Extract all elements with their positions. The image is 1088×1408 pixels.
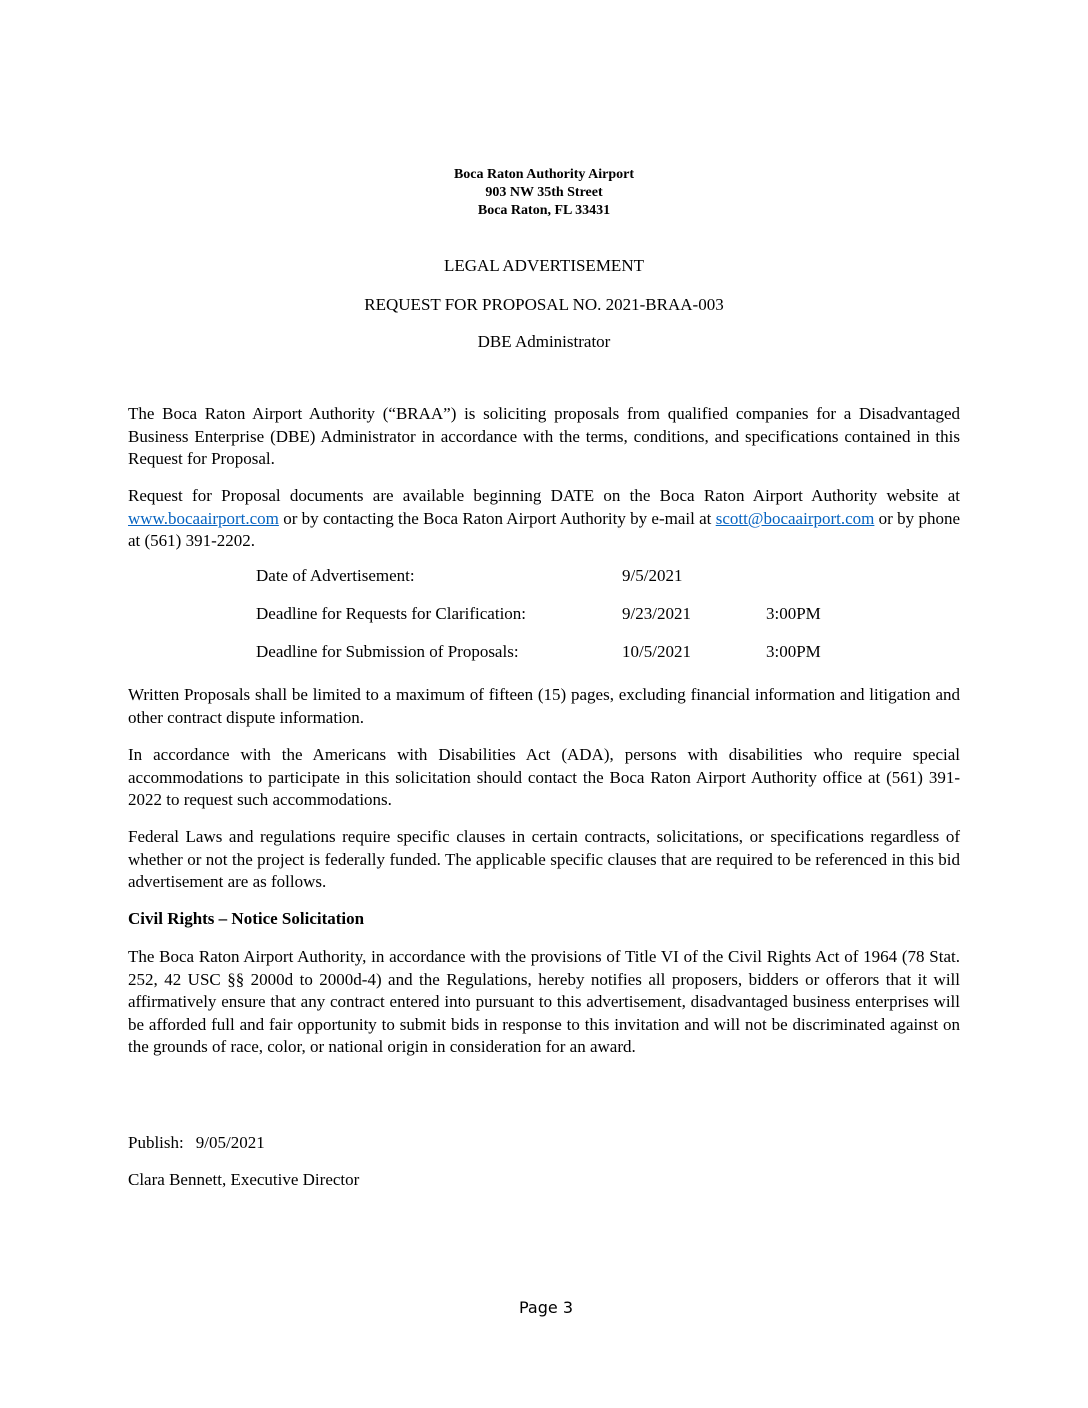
schedule-time: 3:00PM: [766, 604, 866, 624]
schedule-row: Deadline for Submission of Proposals: 10…: [256, 642, 866, 680]
schedule-date: 10/5/2021: [622, 642, 766, 662]
email-link[interactable]: scott@bocaairport.com: [716, 509, 875, 528]
civil-rights-heading: Civil Rights – Notice Solicitation: [128, 909, 364, 929]
rfp-number: REQUEST FOR PROPOSAL NO. 2021-BRAA-003: [0, 295, 1088, 315]
schedule-label: Deadline for Submission of Proposals:: [256, 642, 622, 662]
schedule-row: Date of Advertisement: 9/5/2021: [256, 566, 866, 604]
availability-text-2: or by contacting the Boca Raton Airport …: [279, 509, 716, 528]
intro-paragraph: The Boca Raton Airport Authority (“BRAA”…: [128, 403, 960, 471]
publish-line: Publish:9/05/2021: [128, 1133, 265, 1153]
schedule-row: Deadline for Requests for Clarification:…: [256, 604, 866, 642]
schedule-time: 3:00PM: [766, 642, 866, 662]
document-page: Boca Raton Authority Airport 903 NW 35th…: [0, 0, 1088, 1408]
publish-date: 9/05/2021: [196, 1133, 265, 1152]
rfp-subject: DBE Administrator: [0, 332, 1088, 352]
page-limit-paragraph: Written Proposals shall be limited to a …: [128, 684, 960, 729]
website-link[interactable]: www.bocaairport.com: [128, 509, 279, 528]
federal-paragraph: Federal Laws and regulations require spe…: [128, 826, 960, 894]
publish-label: Publish:: [128, 1133, 184, 1152]
civil-rights-paragraph: The Boca Raton Airport Authority, in acc…: [128, 946, 960, 1059]
schedule-label: Date of Advertisement:: [256, 566, 622, 586]
schedule-label: Deadline for Requests for Clarification:: [256, 604, 622, 624]
ada-paragraph: In accordance with the Americans with Di…: [128, 744, 960, 812]
availability-text-1: Request for Proposal documents are avail…: [128, 486, 960, 505]
page-number: Page 3: [519, 1298, 573, 1317]
schedule-date: 9/23/2021: [622, 604, 766, 624]
letterhead: Boca Raton Authority Airport 903 NW 35th…: [0, 166, 1088, 220]
org-city: Boca Raton, FL 33431: [0, 202, 1088, 220]
schedule-table: Date of Advertisement: 9/5/2021 Deadline…: [256, 566, 866, 680]
schedule-date: 9/5/2021: [622, 566, 766, 586]
org-street: 903 NW 35th Street: [0, 184, 1088, 202]
org-name: Boca Raton Authority Airport: [0, 166, 1088, 184]
signer: Clara Bennett, Executive Director: [128, 1170, 359, 1190]
availability-paragraph: Request for Proposal documents are avail…: [128, 485, 960, 553]
document-title: LEGAL ADVERTISEMENT: [0, 256, 1088, 276]
